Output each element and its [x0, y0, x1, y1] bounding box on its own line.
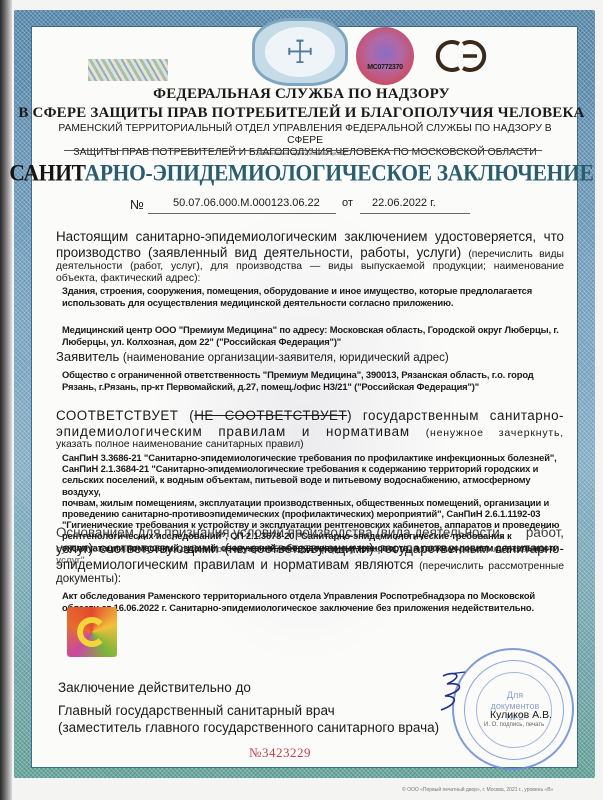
basis-line-2-a: услуг) соответствующими — [56, 541, 218, 556]
signature-icon — [435, 668, 475, 714]
basis-line-4: документы): — [56, 573, 564, 585]
se-logo-icon — [433, 38, 489, 74]
doctor-line-1: Главный государственный санитарный врач — [58, 702, 439, 719]
object-line-1: Медицинский центр ООО "Премиум Медицина"… — [62, 324, 562, 335]
agency-title-line-1: ФЕДЕРАЛЬНАЯ СЛУЖБА ПО НАДЗОРУ — [0, 86, 603, 103]
basis-line-1-end: работ, — [526, 525, 564, 540]
conformity-line-2-text: эпидемиологическим правилам и нормативам — [56, 424, 410, 439]
object-line-2: Люберцы, ул. Колхозная, дом 22" ("Россий… — [62, 336, 562, 347]
applicant-label: Заявитель — [56, 349, 119, 364]
basis-doc-line-1: Акт обследования Раменского территориаль… — [62, 590, 562, 601]
conformity-rest: государственным санитарно- — [363, 408, 564, 423]
basis-line-2-struck: (не соответствующими) — [225, 541, 374, 556]
basis-line-3-text: эпидемиологическим правилам и нормативам… — [56, 557, 414, 572]
basis-line-2: услуг) соответствующими (не соответствую… — [56, 541, 564, 556]
hologram-strip-icon — [88, 59, 168, 81]
signer-caption: И. О. подпись, печать — [484, 722, 544, 728]
form-serial-number: №3423229 — [0, 745, 560, 761]
intro-line-4: объекта, фактический адрес): — [56, 273, 564, 284]
sanitary-rule-line: сельских поселений, к водным объектам, п… — [62, 474, 562, 496]
intro-line-2: производство (заявленный вид деятельност… — [56, 245, 564, 262]
basis-line-3-note: (перечислить рассмотренные — [419, 561, 564, 572]
conforms-word: СООТВЕТСТВУЕТ — [56, 408, 178, 423]
basis-line-2-b: государственным санитарно- — [380, 541, 564, 556]
valid-until-label: Заключение действительно до — [58, 680, 251, 695]
document-number: 50.07.06.000.М.000123.06.22 — [173, 197, 320, 209]
sanitary-rule-line: СанПиН 3.3686-21 "Санитарно-эпидемиологи… — [62, 452, 562, 463]
document-date: 22.06.2022 г. — [372, 197, 436, 209]
conformity-line-3: указать полное наименование санитарных п… — [56, 439, 564, 450]
c-ring-icon — [77, 617, 107, 647]
signer-name: Куликов А.В. — [490, 709, 552, 721]
chief-doctor-title: Главный государственный санитарный врач … — [58, 702, 439, 736]
basis-line-1: Основанием для признания условий произво… — [56, 525, 564, 540]
basis-line-1-text: Основанием для признания условий произво… — [56, 525, 504, 540]
document-title: САНИТАРНО-ЭПИДЕМИОЛОГИЧЕСКОЕ ЗАКЛЮЧЕНИЕ — [0, 160, 603, 187]
sanitary-rule-line: почвам, жилым помещениям, эксплуатации п… — [62, 497, 562, 508]
applicant-heading: Заявитель (наименование организации-заяв… — [56, 349, 564, 364]
basis-line-3: эпидемиологическим правилам и нормативам… — [56, 557, 564, 574]
date-underline — [360, 213, 470, 214]
title-part-rest: АРНО-ЭПИДЕМИОЛОГИЧЕСКОЕ ЗАКЛЮЧЕНИЕ — [85, 160, 594, 186]
title-part-dark: САНИТ — [9, 160, 84, 186]
activity-line-1: Здания, строения, сооружения, помещения,… — [62, 285, 562, 296]
conformity-line-1: СООТВЕТСТВУЕТ (НЕ СООТВЕТСТВУЕТ) государ… — [56, 408, 564, 423]
printer-note: © ООО «Первый печатный двор», г. Москва,… — [402, 787, 553, 793]
number-underline — [148, 213, 336, 214]
agency-title-line-2: В СФЕРЕ ЗАЩИТЫ ПРАВ ПОТРЕБИТЕЛЕЙ И БЛАГО… — [0, 105, 603, 122]
intro-line-2-note: (перечислить виды — [468, 249, 564, 260]
hologram-c-sticker-icon — [67, 607, 117, 657]
number-label: № — [130, 197, 144, 212]
intro-line-2-text: производство (заявленный вид деятельност… — [56, 245, 461, 260]
hologram-seal-icon: МС0772370 — [356, 27, 414, 85]
applicant-caption: (наименование организации-заявителя, юри… — [123, 352, 449, 364]
department-line-1: РАМЕНСКИЙ ТЕРРИТОРИАЛЬНЫЙ ОТДЕЛ УПРАВЛЕН… — [50, 123, 560, 147]
basis-doc-line-2: области от 16.06.2022 г. Санитарно-эпиде… — [62, 602, 562, 613]
applicant-line-2: Рязань, г.Рязань, пр-кт Первомайский, д.… — [62, 381, 562, 392]
activity-line-2: использовать для осуществления медицинск… — [62, 297, 562, 308]
double-headed-eagle-icon: ☩ — [265, 27, 335, 77]
intro-line-1: Настоящим санитарно-эпидемиологическим з… — [56, 229, 564, 244]
coat-of-arms-emblem-icon: ☩ — [252, 18, 348, 86]
intro-line-3: деятельности (работ, услуг), для произво… — [56, 261, 564, 272]
doctor-line-2: (заместитель главного государственного с… — [58, 719, 439, 736]
hologram-seal-code: МС0772370 — [367, 64, 402, 71]
date-label: от — [342, 197, 353, 209]
conformity-line-2-note: (ненужное зачеркнуть, — [426, 427, 564, 439]
applicant-line-1: Общество с ограниченной ответственность … — [62, 369, 562, 380]
sanitary-rule-line: проведению санитарно-противоэпидемически… — [62, 508, 562, 519]
sanitary-rule-line: СанПиН 2.1.3684-21 "Санитарно-эпидемиоло… — [62, 463, 562, 474]
not-conforms-struck: НЕ СООТВЕТСТВУЕТ — [194, 408, 347, 423]
department-caption: (наименование территориального органа) — [0, 151, 603, 156]
